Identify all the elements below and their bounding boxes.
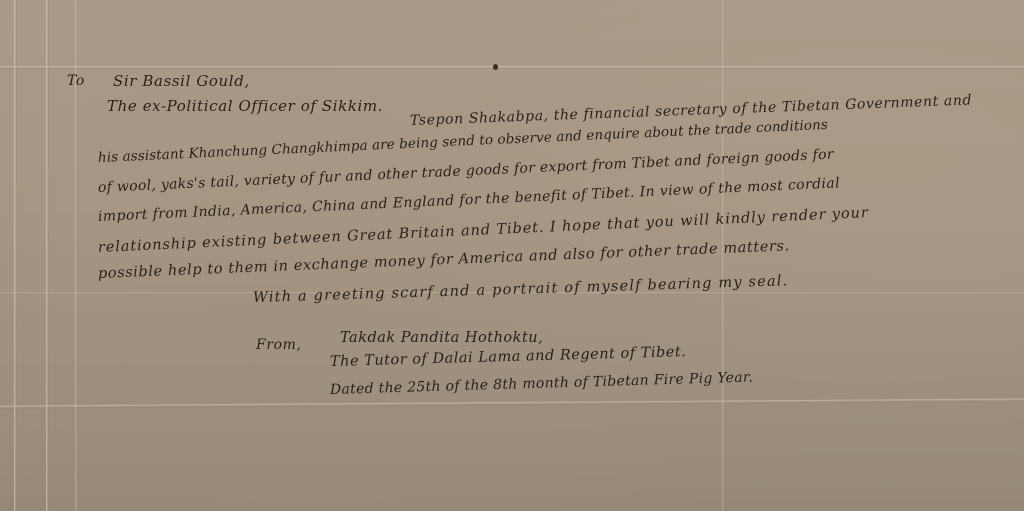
fold-crease [46,0,49,511]
signature-date: Dated the 25th of the 8th month of Tibet… [330,369,754,398]
ink-spot [493,64,498,70]
signature-name: Takdak Pandita Hothoktu, [340,330,543,346]
fold-crease [14,0,17,511]
addressee-title: The ex-Political Officer of Sikkim. [107,97,383,115]
closing-line: With a greeting scarf and a portrait of … [253,273,789,306]
signature-title: The Tutor of Dalai Lama and Regent of Ti… [330,344,687,370]
letter-paper: To Sir Bassil Gould, The ex-Political Of… [0,0,1024,511]
fold-crease [0,398,1024,408]
addressee-name: Sir Bassil Gould, [113,72,250,90]
addressee-prefix: To [67,73,85,89]
fold-crease [0,66,1024,69]
signature-prefix: From, [256,337,302,353]
